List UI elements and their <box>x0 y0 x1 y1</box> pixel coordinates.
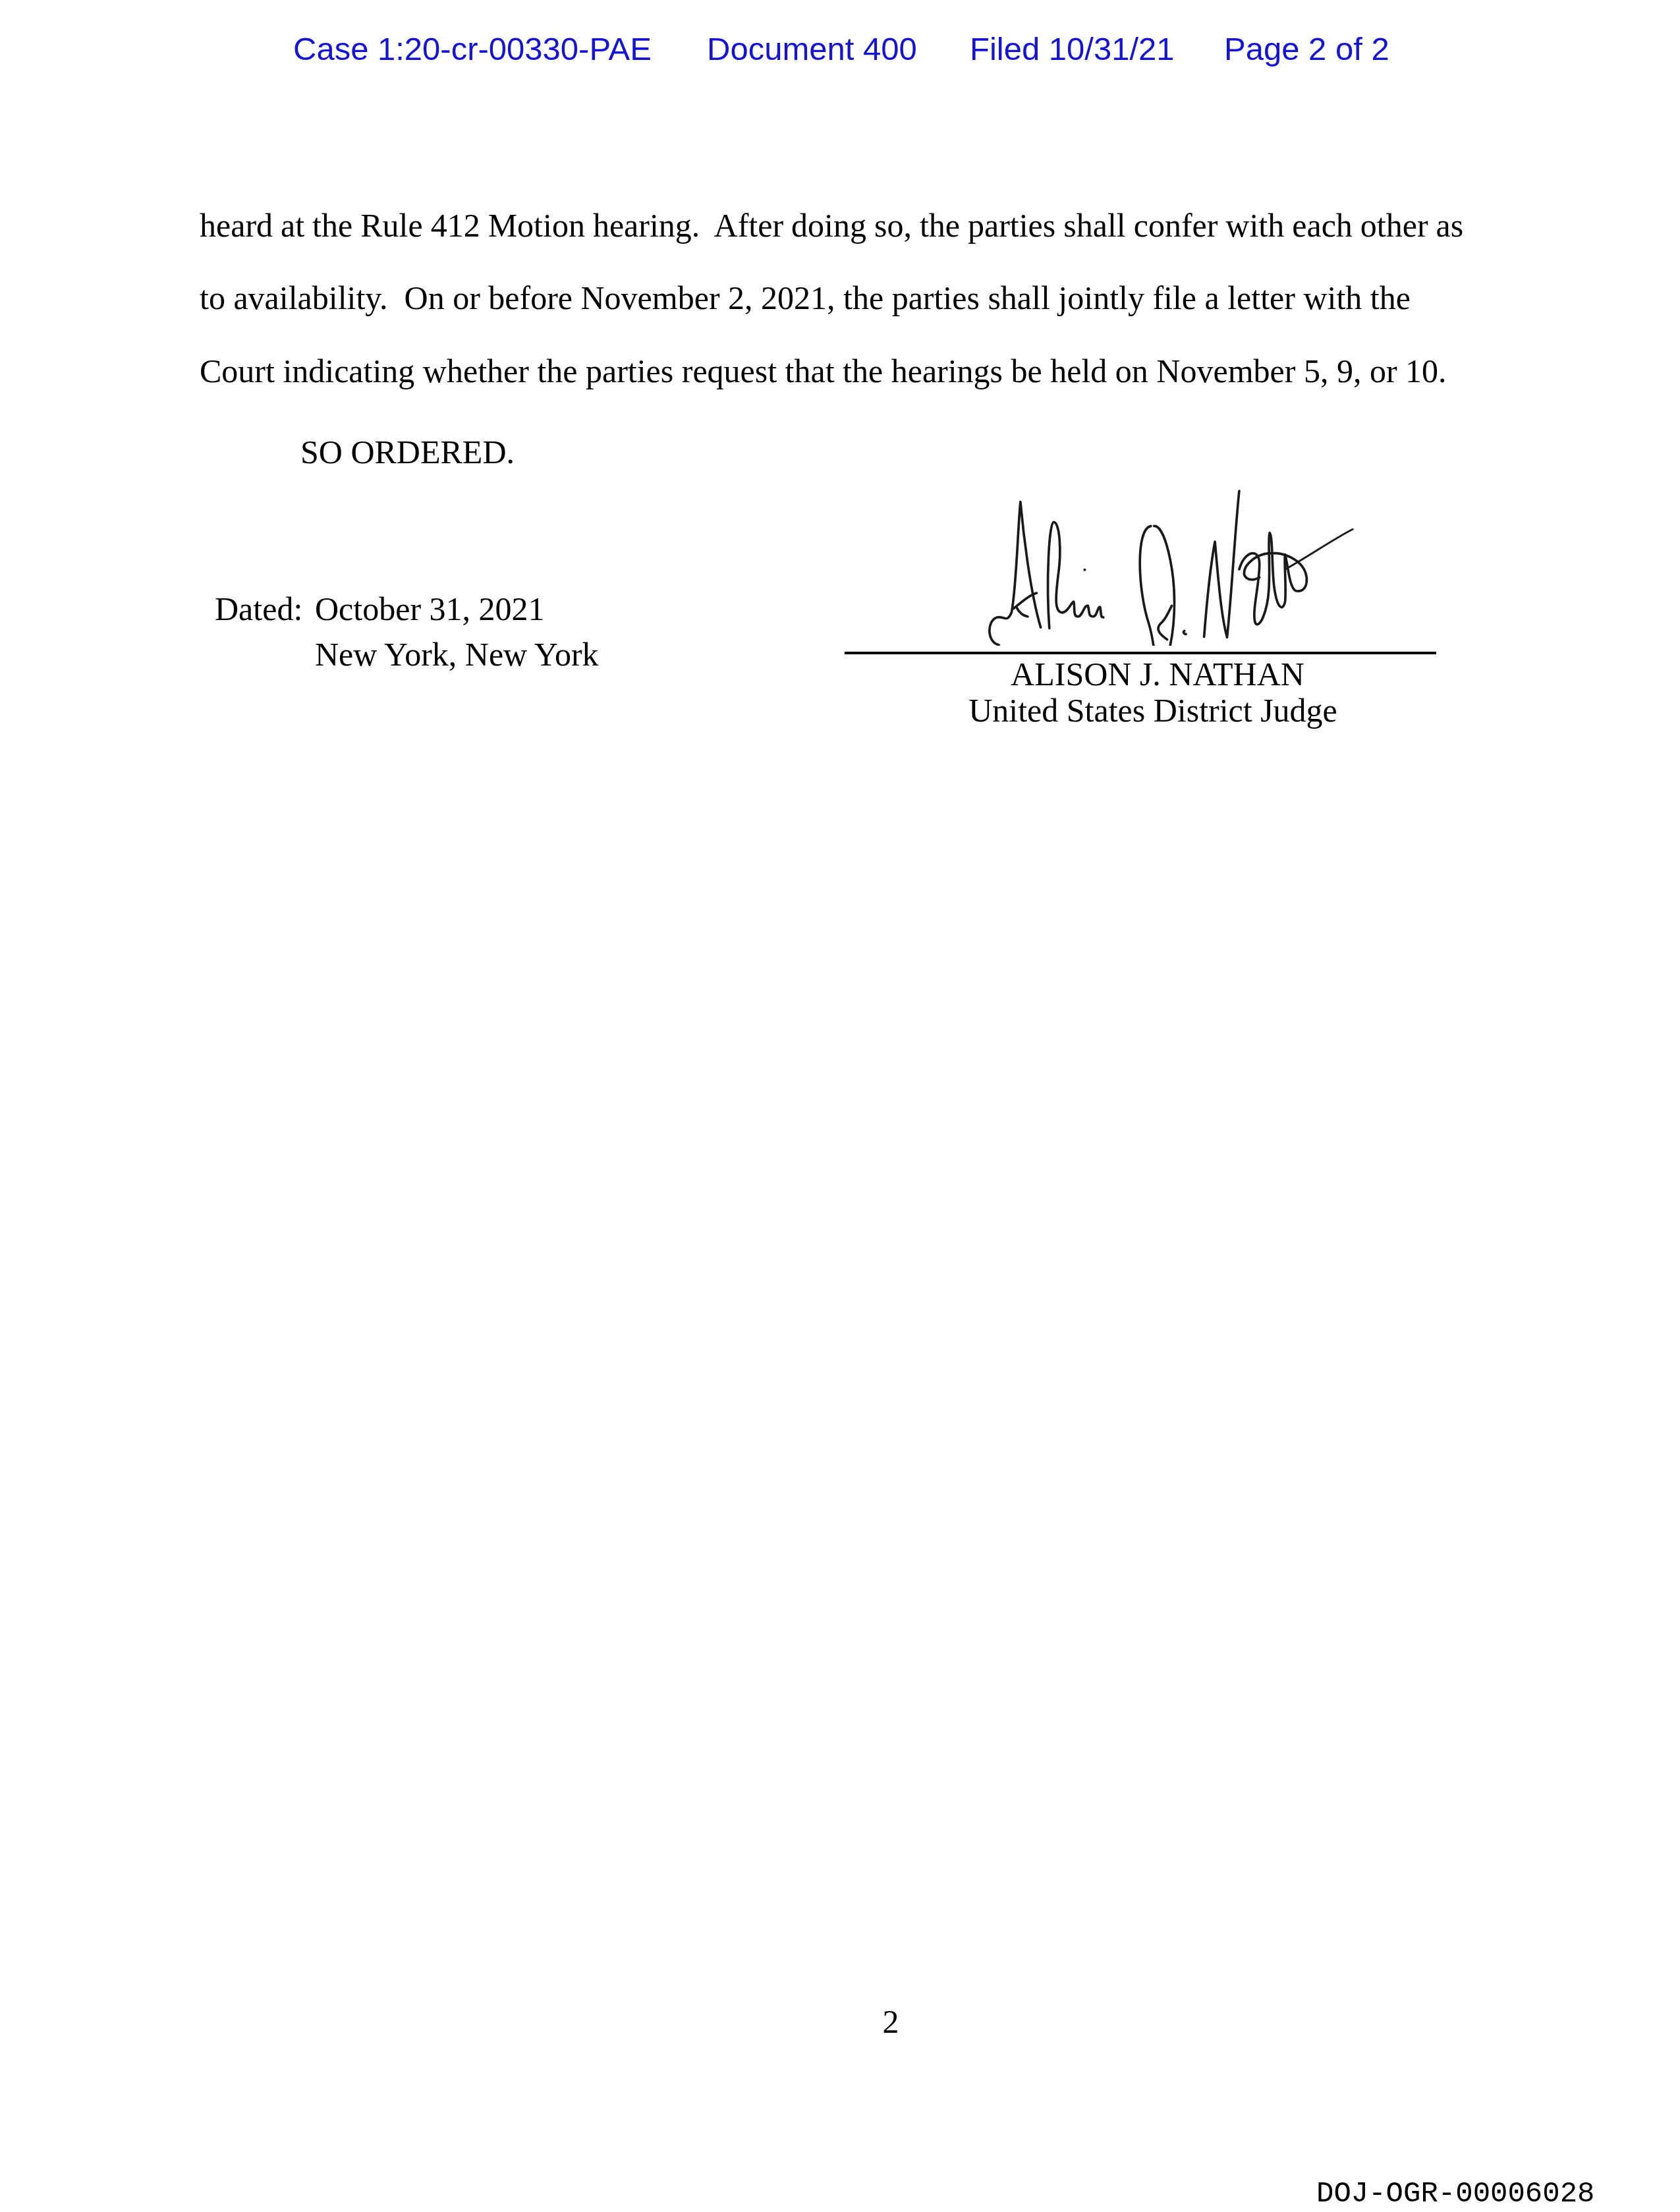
dated-label: Dated: <box>215 592 302 625</box>
so-ordered: SO ORDERED. <box>300 436 515 468</box>
document-page: Case 1:20-cr-00330-PAE Document 400 File… <box>0 0 1680 2212</box>
page-number: 2 <box>883 2005 899 2038</box>
header-page-count: Page 2 of 2 <box>1224 34 1389 66</box>
header-case-number: Case 1:20-cr-00330-PAE <box>293 34 652 66</box>
body-line-1: heard at the Rule 412 Motion hearing. Af… <box>200 209 1463 242</box>
header-document-number: Document 400 <box>707 34 917 66</box>
header-filed-date: Filed 10/31/21 <box>970 34 1175 66</box>
judge-name: ALISON J. NATHAN <box>1011 658 1304 691</box>
dated-location: New York, New York <box>315 638 599 671</box>
signature-line <box>845 652 1436 654</box>
handwritten-signature-icon <box>949 461 1370 646</box>
bates-stamp: DOJ-OGR-00006028 <box>1316 2180 1594 2209</box>
dated-date: October 31, 2021 <box>315 592 545 625</box>
body-line-2: to availability. On or before November 2… <box>200 281 1411 314</box>
body-line-3: Court indicating whether the parties req… <box>200 354 1447 387</box>
judge-title: United States District Judge <box>968 694 1337 727</box>
